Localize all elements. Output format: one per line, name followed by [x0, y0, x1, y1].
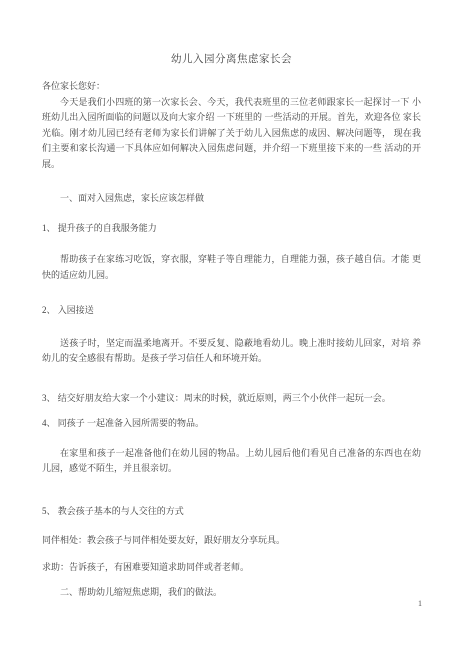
- section-one-heading: 一、面对入园焦虑，家长应该怎样做: [42, 191, 421, 207]
- section-two-heading: 二、帮助幼儿缩短焦虑期，我们的做法。: [42, 585, 421, 601]
- point-2-body: 送孩子时，坚定而温柔地离开。不要反复、隐蔽地看幼儿。晚上准时接幼儿回家，对培 养…: [42, 336, 421, 367]
- greeting-line: 各位家长您好：: [42, 79, 421, 95]
- point-2-label: 2、 入园接送: [42, 303, 421, 319]
- intro-paragraph: 今天是我们小四班的第一次家长会、今天，我代表班里的三位老师跟家长一起探讨一下 小…: [42, 95, 421, 173]
- note-peer-interaction: 同伴相处：教会孩子与同伴相处要友好，跟好朋友分享玩具。: [42, 533, 421, 549]
- point-4-body: 在家里和孩子一起准备他们在幼儿园的物品。上幼儿园后他们看见自己准备的东西也在幼 …: [42, 446, 421, 477]
- point-1-label: 1、 提升孩子的自我服务能力: [42, 221, 421, 237]
- document-content: 幼儿入园分离焦虑家长会 各位家长您好： 今天是我们小四班的第一次家长会、今天，我…: [42, 52, 421, 601]
- point-3-label: 3、 结交好朋友给大家一个小建议：周末的时候，就近原则，两三个小伙伴一起玩一会。: [42, 391, 421, 407]
- document-title: 幼儿入园分离焦虑家长会: [42, 52, 421, 67]
- page-number: 1: [418, 598, 422, 610]
- point-5-label: 5、 教会孩子基本的与人交往的方式: [42, 504, 421, 520]
- point-4-label: 4、 同孩子 一起准备入园所需要的物品。: [42, 416, 421, 432]
- document-page: 幼儿入园分离焦虑家长会 各位家长您好： 今天是我们小四班的第一次家长会、今天，我…: [0, 0, 463, 655]
- note-ask-for-help: 求助：告诉孩子，有困难要知道求助同伴或者老师。: [42, 560, 421, 576]
- point-1-body: 帮助孩子在家练习吃饭，穿衣服，穿鞋子等自理能力，自理能力强，孩子越自信。才能 更…: [42, 252, 421, 283]
